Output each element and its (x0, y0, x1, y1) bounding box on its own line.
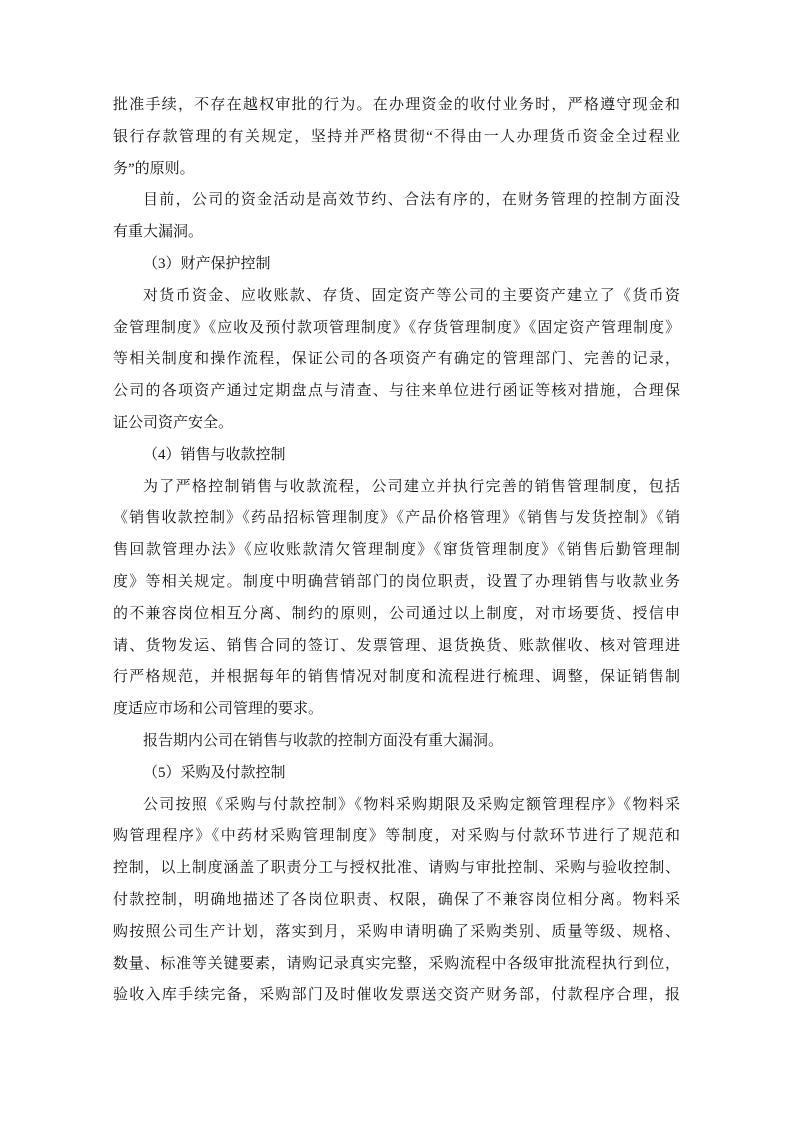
text-line: 付款控制，明确地描述了各岗位职责、权限，确保了不兼容岗位相分离。物料采 (113, 885, 680, 917)
text-line: 行严格规范，并根据每年的销售情况对制度和流程进行梳理、调整，保证销售制 (113, 662, 680, 694)
document-body: 批准手续，不存在越权审批的行为。在办理资金的收付业务时，严格遵守现金和银行存款管… (113, 90, 680, 1012)
text-line: 度适应市场和公司管理的要求。 (113, 694, 680, 726)
text-line: 证公司资产安全。 (113, 408, 680, 440)
text-line: 目前，公司的资金活动是高效节约、合法有序的，在财务管理的控制方面没 (113, 185, 680, 217)
text-line: 金管理制度》《应收及预付款项管理制度》《存货管理制度》《固定资产管理制度》 (113, 313, 680, 345)
text-line: 为了严格控制销售与收款流程，公司建立并执行完善的销售管理制度，包括 (113, 472, 680, 504)
text-line: 报告期内公司在销售与收款的控制方面没有重大漏洞。 (113, 726, 680, 758)
text-line: 公司的各项资产通过定期盘点与清查、与往来单位进行函证等核对措施，合理保 (113, 376, 680, 408)
text-line: 公司按照《采购与付款控制》《物料采购期限及采购定额管理程序》《物料采 (113, 790, 680, 822)
text-line: 对货币资金、应收账款、存货、固定资产等公司的主要资产建立了《货币资 (113, 281, 680, 313)
text-line: 银行存款管理的有关规定，坚持并严格贯彻“不得由一人办理货币资金全过程业 (113, 122, 680, 154)
section-heading: （4）销售与收款控制 (113, 440, 680, 472)
text-line: 请、货物发运、销售合同的签订、发票管理、退货换货、账款催收、核对管理进 (113, 631, 680, 663)
page: 批准手续，不存在越权审批的行为。在办理资金的收付业务时，严格遵守现金和银行存款管… (0, 0, 793, 1122)
text-line: 等相关制度和操作流程，保证公司的各项资产有确定的管理部门、完善的记录， (113, 344, 680, 376)
text-line: 数量、标准等关键要素，请购记录真实完整，采购流程中各级审批流程执行到位， (113, 949, 680, 981)
text-line: 批准手续，不存在越权审批的行为。在办理资金的收付业务时，严格遵守现金和 (113, 90, 680, 122)
text-line: 控制，以上制度涵盖了职责分工与授权批准、请购与审批控制、采购与验收控制、 (113, 853, 680, 885)
text-line: 的不兼容岗位相互分离、制约的原则，公司通过以上制度，对市场要货、授信申 (113, 599, 680, 631)
text-line: 务”的原则。 (113, 154, 680, 186)
text-line: 购管理程序》《中药材采购管理制度》等制度，对采购与付款环节进行了规范和 (113, 821, 680, 853)
text-line: 有重大漏洞。 (113, 217, 680, 249)
text-line: 验收入库手续完备，采购部门及时催收发票送交资产财务部，付款程序合理，报 (113, 980, 680, 1012)
text-line: 《销售收款控制》《药品招标管理制度》《产品价格管理》《销售与发货控制》《销 (113, 503, 680, 535)
section-heading: （5）采购及付款控制 (113, 758, 680, 790)
section-heading: （3）财产保护控制 (113, 249, 680, 281)
text-line: 售回款管理办法》《应收账款清欠管理制度》《窜货管理制度》《销售后勤管理制 (113, 535, 680, 567)
text-line: 购按照公司生产计划，落实到月，采购申请明确了采购类别、质量等级、规格、 (113, 917, 680, 949)
text-line: 度》等相关规定。制度中明确营销部门的岗位职责，设置了办理销售与收款业务 (113, 567, 680, 599)
